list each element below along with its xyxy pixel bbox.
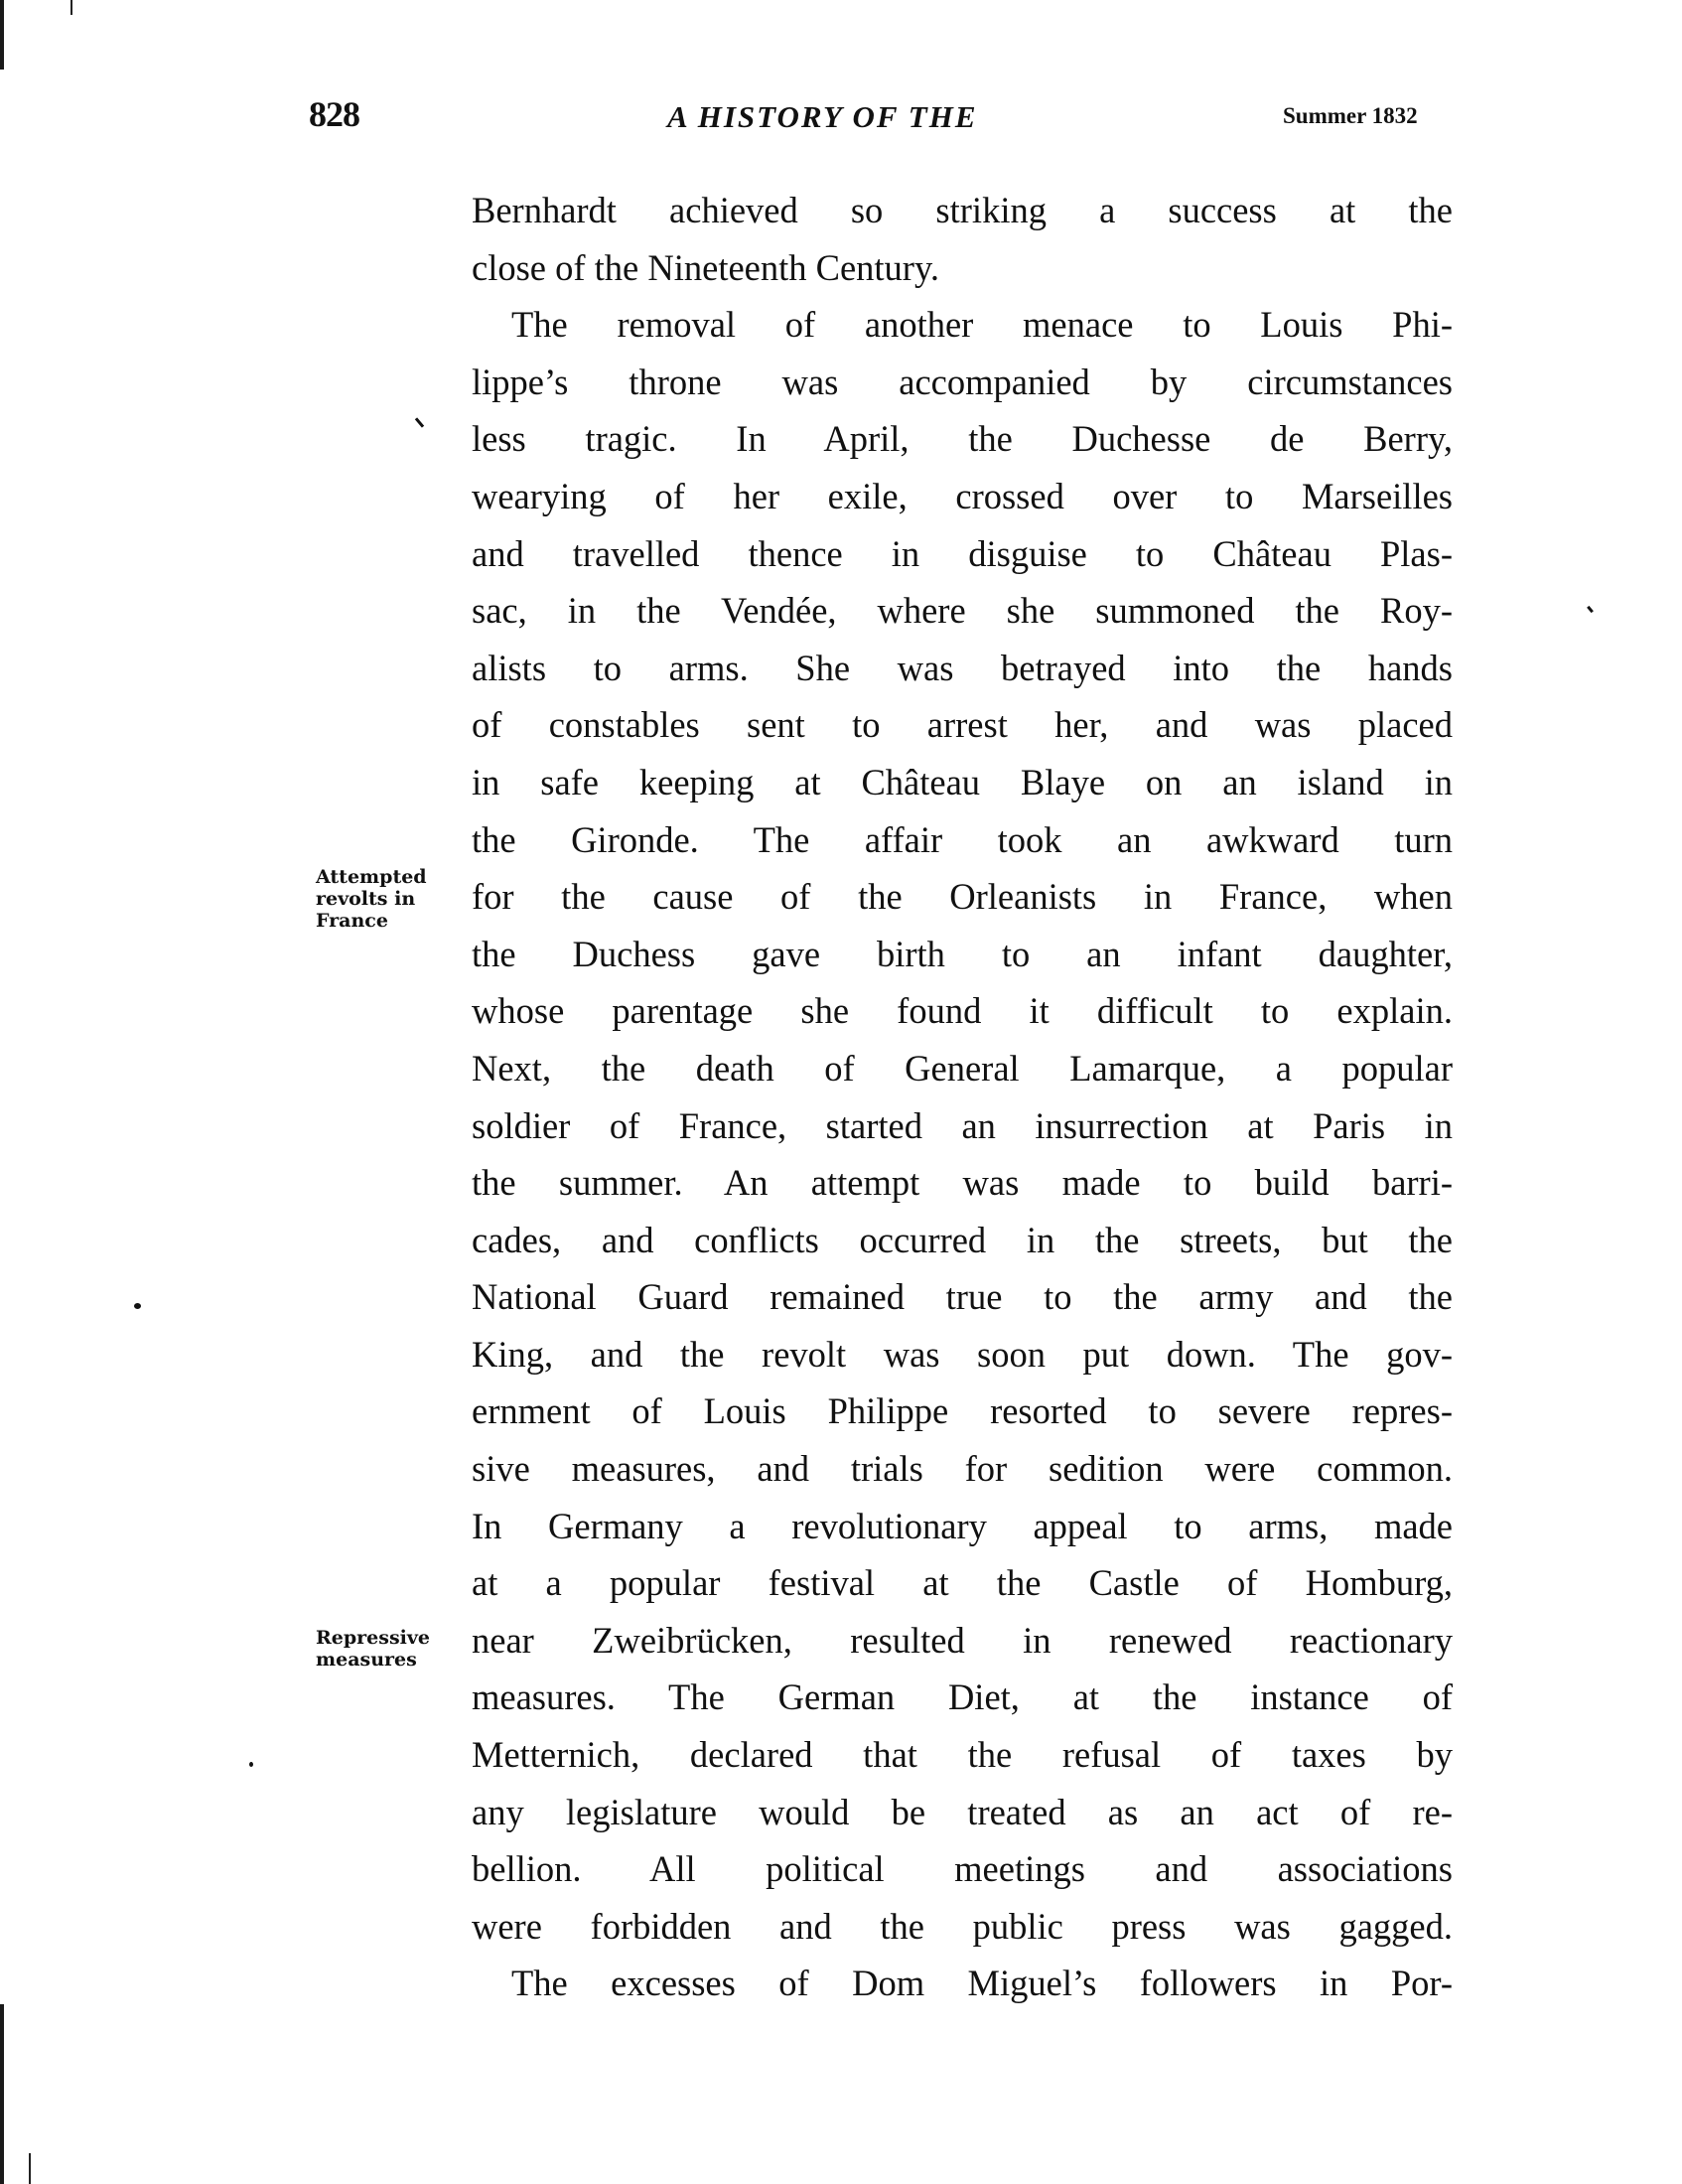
margin-note-line: France (316, 910, 427, 932)
text-line: National Guard remained true to the army… (472, 1268, 1453, 1326)
scan-edge-artifact-top (0, 0, 4, 70)
text-line: alists to arms. She was betrayed into th… (472, 640, 1453, 697)
text-line: The removal of another menace to Louis P… (472, 296, 1453, 354)
text-line: were forbidden and the public press was … (472, 1898, 1453, 1956)
text-line: close of the Nineteenth Century. (472, 239, 1453, 297)
text-line: bellion. All political meetings and asso… (472, 1840, 1453, 1898)
margin-note-line: revolts in (316, 888, 427, 910)
page-number: 828 (309, 93, 359, 135)
text-line: wearying of her exile, crossed over to M… (472, 468, 1453, 525)
scan-speck (1587, 606, 1594, 613)
text-line: the Duchess gave birth to an infant daug… (472, 926, 1453, 983)
text-line: of constables sent to arrest her, and wa… (472, 696, 1453, 754)
text-line: Metternich, declared that the refusal of… (472, 1726, 1453, 1784)
scan-edge-tick-bottom (29, 2153, 31, 2184)
margin-note-attempted-revolts: Attempted revolts in France (316, 866, 427, 932)
text-line: at a popular festival at the Castle of H… (472, 1554, 1453, 1612)
text-line: cades, and conflicts occurred in the str… (472, 1212, 1453, 1269)
text-line: near Zweibrücken, resulted in renewed re… (472, 1612, 1453, 1670)
text-line: In Germany a revolutionary appeal to arm… (472, 1498, 1453, 1555)
scan-speck (134, 1303, 141, 1309)
running-date: Summer 1832 (1283, 103, 1418, 129)
scan-edge-artifact-bottom (0, 2004, 4, 2184)
text-line: in safe keeping at Château Blaye on an i… (472, 754, 1453, 811)
text-line: Bernhardt achieved so striking a success… (472, 182, 1453, 239)
text-line: any legislature would be treated as an a… (472, 1784, 1453, 1841)
scan-speck (415, 417, 424, 427)
scan-speck (249, 1762, 253, 1767)
body-text: Bernhardt achieved so striking a success… (472, 182, 1453, 2012)
text-line: ernment of Louis Philippe resorted to se… (472, 1383, 1453, 1440)
text-line: The excesses of Dom Miguel’s followers i… (472, 1955, 1453, 2012)
text-line: the summer. An attempt was made to build… (472, 1154, 1453, 1212)
margin-note-line: Attempted (316, 866, 427, 888)
scan-edge-tick-top (70, 0, 72, 15)
text-line: the Gironde. The affair took an awkward … (472, 811, 1453, 869)
text-line: whose parentage she found it difficult t… (472, 982, 1453, 1040)
margin-note-line: measures (316, 1649, 430, 1671)
text-line: less tragic. In April, the Duchesse de B… (472, 410, 1453, 468)
margin-note-line: Repressive (316, 1627, 430, 1649)
running-title: A HISTORY OF THE (667, 99, 1084, 135)
text-line: King, and the revolt was soon put down. … (472, 1326, 1453, 1383)
text-line: lippe’s throne was accompanied by circum… (472, 354, 1453, 411)
text-line: and travelled thence in disguise to Chât… (472, 525, 1453, 583)
text-line: for the cause of the Orleanists in Franc… (472, 868, 1453, 926)
text-line: Next, the death of General Lamarque, a p… (472, 1040, 1453, 1097)
text-line: sive measures, and trials for sedition w… (472, 1440, 1453, 1498)
text-line: measures. The German Diet, at the instan… (472, 1669, 1453, 1726)
text-line: soldier of France, started an insurrecti… (472, 1097, 1453, 1155)
margin-note-repressive-measures: Repressive measures (316, 1627, 430, 1671)
text-line: sac, in the Vendée, where she summoned t… (472, 582, 1453, 640)
